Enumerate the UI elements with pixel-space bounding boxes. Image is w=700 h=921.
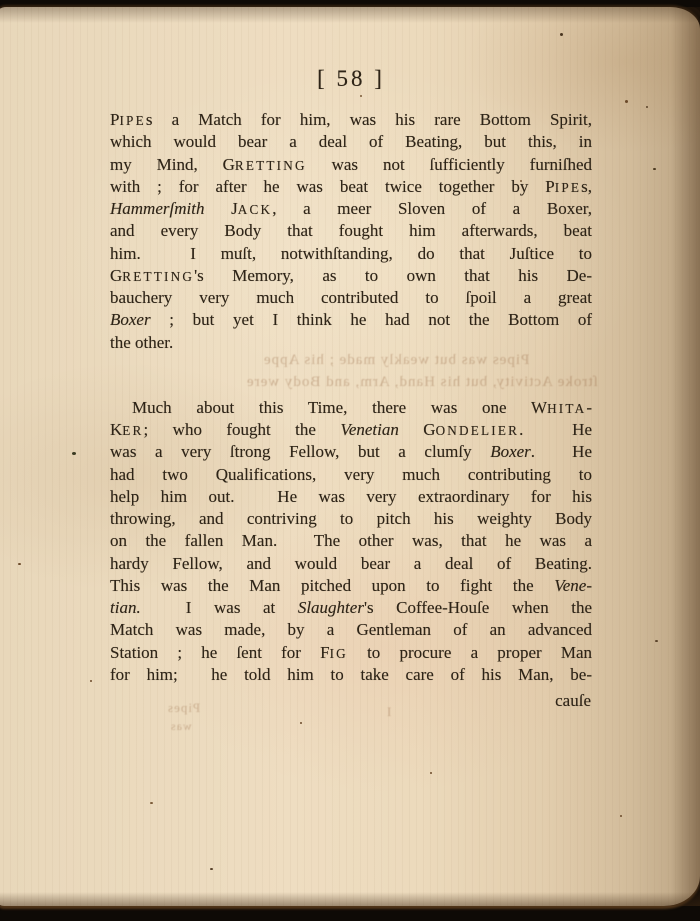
text-line: hardy Fellow, and would bear a deal of B… (110, 553, 592, 575)
catchword: cauſe (110, 690, 592, 712)
text-block: PIPEs a Match for him, was his rare Bott… (110, 109, 592, 712)
text-line: PIPEs a Match for him, was his rare Bott… (110, 109, 592, 131)
page-number: [ 58 ] (110, 66, 592, 92)
text-line: Hammerſmith JACK, a meer Sloven of a Box… (110, 198, 592, 220)
text-line: my Mind, GRETTING was not ſufficiently f… (110, 154, 592, 176)
text-line: on the fallen Man. The other was, that h… (110, 530, 592, 552)
scanned-book-page: Pipes was but weakly made ; his Appeſtro… (0, 0, 700, 921)
text-line: help him out. He was very extraordinary … (110, 486, 592, 508)
text-line: him. I muſt, notwithſtanding, do that Ju… (110, 243, 592, 265)
text-line: had two Qualifications, very much contri… (110, 464, 592, 486)
text-line: the other. (110, 332, 592, 354)
page-bottom-edge-shadow (0, 892, 700, 906)
text-line: throwing, and contriving to pitch his we… (110, 508, 592, 530)
text-line: KER; who fought the Venetian GONDELIER. … (110, 419, 592, 441)
text-line: Boxer ; but yet I think he had not the B… (110, 309, 592, 331)
text-line: tian. I was at Slaughter's Coffee-Houſe … (110, 597, 592, 619)
text-line: was a very ſtrong Fellow, but a clumſy B… (110, 441, 592, 463)
paragraph: PIPEs a Match for him, was his rare Bott… (110, 109, 592, 354)
paragraph: Much about this Time, there was one WHIT… (110, 397, 592, 686)
text-line: Station ; he ſent for FIG to procure a p… (110, 642, 592, 664)
text-line: which would bear a deal of Beating, but … (110, 131, 592, 153)
text-line: bauchery very much contributed to ſpoil … (110, 287, 592, 309)
text-line: and every Body that fought him afterward… (110, 220, 592, 242)
text-line: Much about this Time, there was one WHIT… (110, 397, 592, 419)
page-top-edge-shadow (0, 7, 700, 23)
text-line: Match was made, by a Gentleman of an adv… (110, 619, 592, 641)
text-line: with ; for after he was beat twice toget… (110, 176, 592, 198)
text-line: GRETTING's Memory, as to own that his De… (110, 265, 592, 287)
text-line: This was the Man pitched upon to fight t… (110, 575, 592, 597)
page-right-curvature-shadow (670, 7, 700, 906)
text-line: for him; he told him to take care of his… (110, 664, 592, 686)
